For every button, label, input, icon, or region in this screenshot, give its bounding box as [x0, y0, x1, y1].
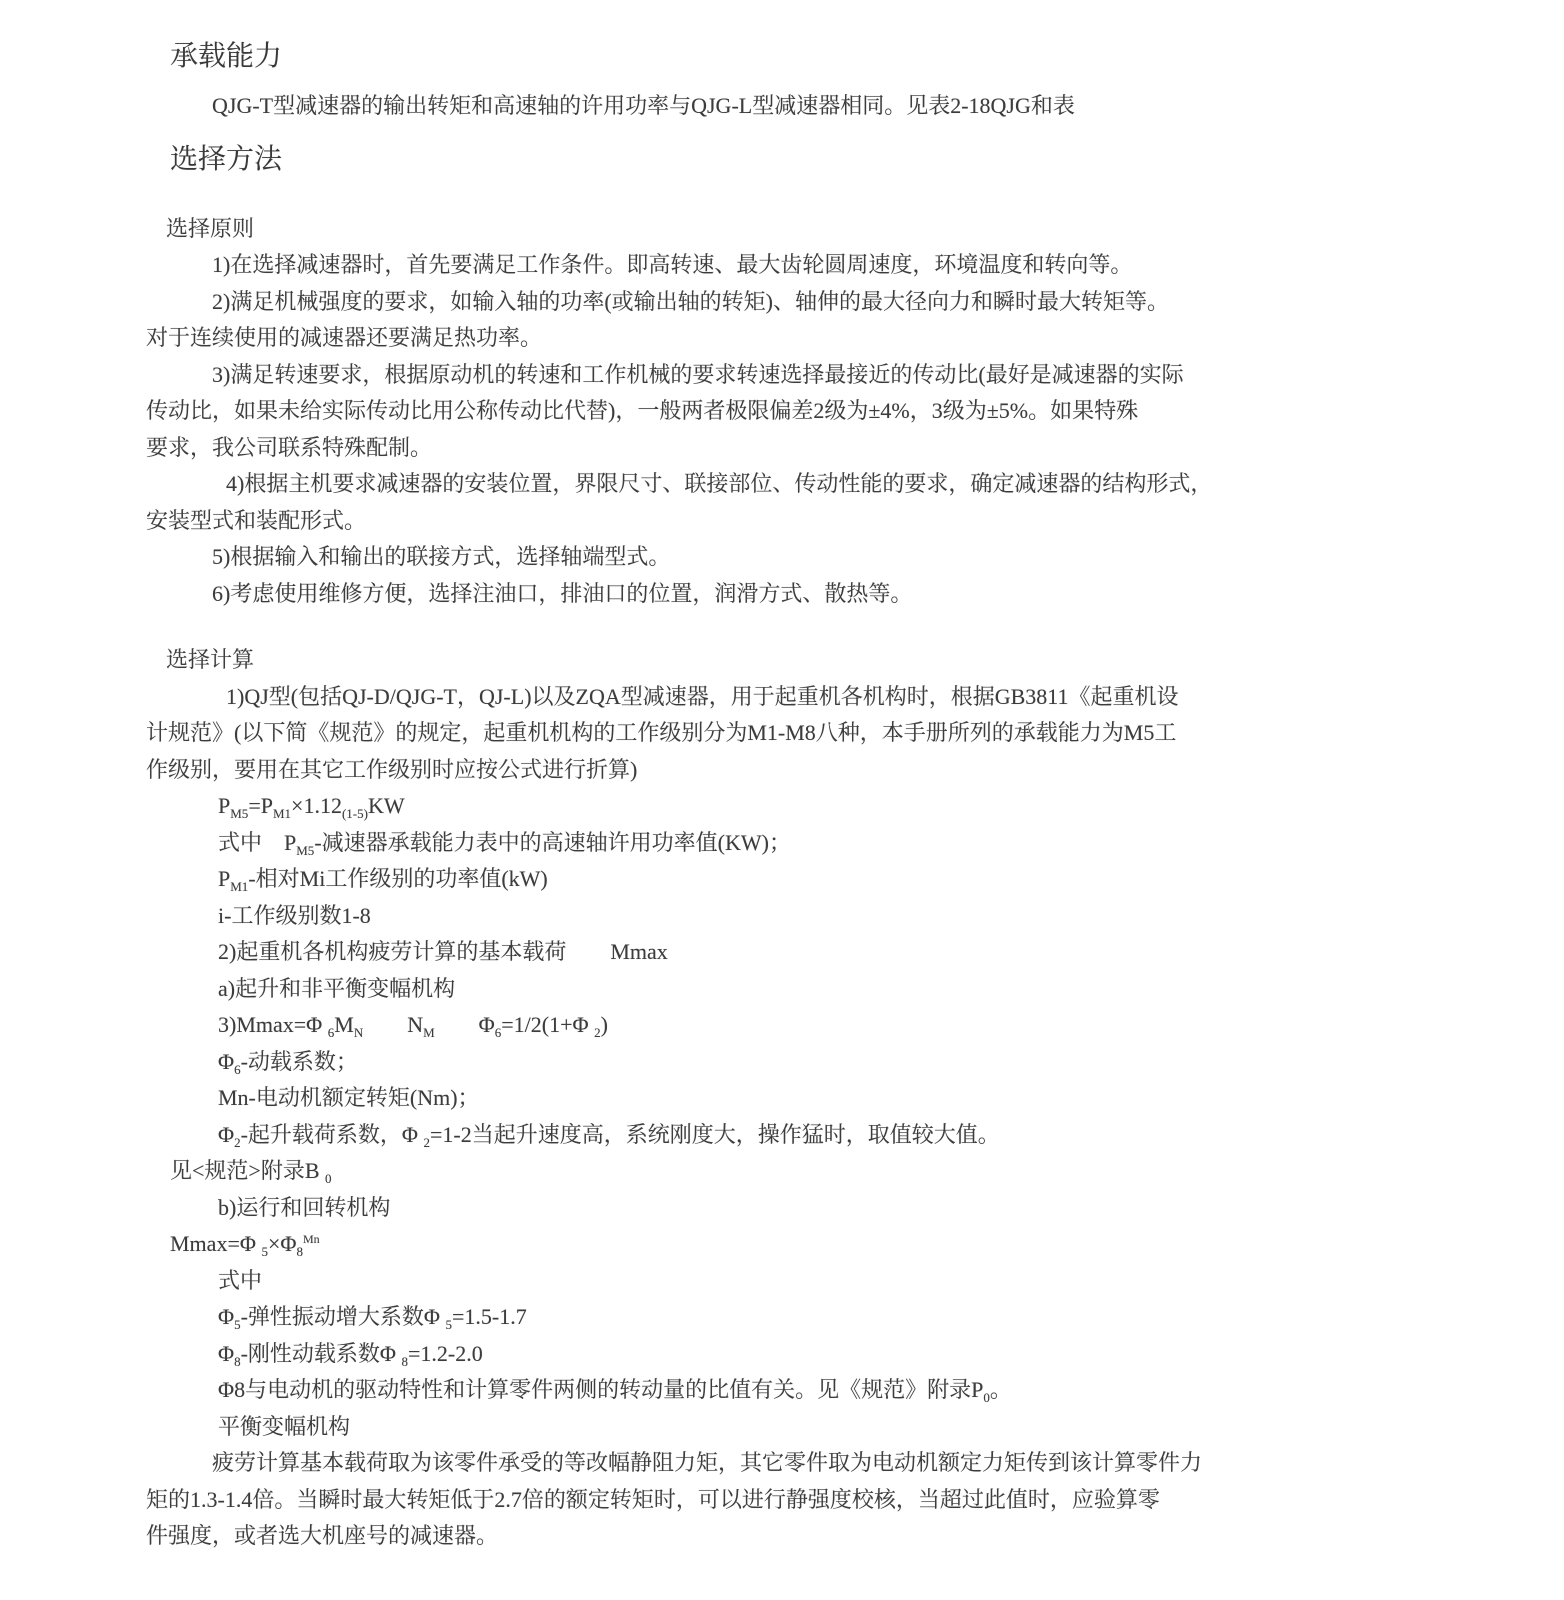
text-line: 5)根据输入和输出的联接方式，选择轴端型式。 [212, 539, 1436, 576]
text-line: 3)Mmax=Φ 6MN NM Φ6=1/2(1+Φ 2) [218, 1007, 1436, 1044]
text-line: 安装型式和装配形式。 [146, 503, 1436, 540]
text-line: Φ5-弹性振动增大系数Φ 5=1.5-1.7 [218, 1299, 1436, 1336]
sub-heading: 选择计算 [166, 642, 1436, 679]
text-line: Mmax=Φ 5×Φ8Mn [170, 1226, 1436, 1263]
text-line: i-工作级别数1-8 [218, 898, 1436, 935]
text-line: 2)起重机各机构疲劳计算的基本载荷 Mmax [218, 934, 1436, 971]
text-line: b)运行和回转机构 [218, 1190, 1436, 1227]
text-line: 计规范》(以下简《规范》的规定，起重机机构的工作级别分为M1-M8八种，本手册所… [146, 715, 1436, 752]
text-line: 作级别，要用在其它工作级别时应按公式进行折算) [146, 752, 1436, 789]
text-line: 3)满足转速要求，根据原动机的转速和工作机械的要求转速选择最接近的传动比(最好是… [212, 357, 1436, 394]
text-line: 要求，我公司联系特殊配制。 [146, 430, 1436, 467]
text-line: Φ8与电动机的驱动特性和计算零件两侧的转动量的比值有关。见《规范》附录P0。 [218, 1372, 1436, 1409]
document-body: 承载能力QJG-T型减速器的输出转矩和高速轴的许用功率与QJG-L型减速器相同。… [142, 36, 1436, 1555]
sub-heading: 选择原则 [166, 211, 1436, 248]
text-line: PM1-相对Mi工作级别的功率值(kW) [218, 861, 1436, 898]
text-line: 传动比，如果未给实际传动比用公称传动比代替)，一般两者极限偏差2级为±4%，3级… [146, 393, 1436, 430]
text-line: 疲劳计算基本载荷取为该零件承受的等改幅静阻力矩，其它零件取为电动机额定力矩传到该… [212, 1445, 1436, 1482]
text-line: Φ6-动载系数； [218, 1044, 1436, 1081]
text-line: 1)QJ型(包括QJ-D/QJG-T，QJ-L)以及ZQA型减速器，用于起重机各… [226, 679, 1436, 716]
text-line: 对于连续使用的减速器还要满足热功率。 [146, 320, 1436, 357]
text-line: 式中 PM5-减速器承载能力表中的高速轴许用功率值(KW)； [218, 825, 1436, 862]
text-line: Mn-电动机额定转矩(Nm)； [218, 1080, 1436, 1117]
text-line: a)起升和非平衡变幅机构 [218, 971, 1436, 1008]
text-line: 见<规范>附录B 0 [170, 1153, 1436, 1190]
document-page: 承载能力QJG-T型减速器的输出转矩和高速轴的许用功率与QJG-L型减速器相同。… [0, 0, 1564, 1600]
text-line: 4)根据主机要求减速器的安装位置，界限尺寸、联接部位、传动性能的要求，确定减速器… [226, 466, 1436, 503]
section-heading: 承载能力 [170, 36, 1436, 78]
text-line: 式中 [218, 1263, 1436, 1300]
text-line: 矩的1.3-1.4倍。当瞬时最大转矩低于2.7倍的额定转矩时，可以进行静强度校核… [146, 1482, 1436, 1519]
text-line: 平衡变幅机构 [218, 1409, 1436, 1446]
text-line: 6)考虑使用维修方便，选择注油口，排油口的位置，润滑方式、散热等。 [212, 576, 1436, 613]
text-line: 2)满足机械强度的要求，如输入轴的功率(或输出轴的转矩)、轴伸的最大径向力和瞬时… [212, 284, 1436, 321]
section-heading: 选择方法 [170, 139, 1436, 181]
text-line: Φ8-刚性动载系数Φ 8=1.2-2.0 [218, 1336, 1436, 1373]
text-line: PM5=PM1×1.12(1-5)KW [218, 788, 1436, 825]
text-line: 1)在选择减速器时，首先要满足工作条件。即高转速、最大齿轮圆周速度，环境温度和转… [212, 247, 1436, 284]
text-line: QJG-T型减速器的输出转矩和高速轴的许用功率与QJG-L型减速器相同。见表2-… [212, 88, 1436, 125]
text-line: 件强度，或者选大机座号的减速器。 [146, 1518, 1436, 1555]
page: { "page": { "background": "#ffffff", "te… [0, 0, 1564, 1600]
text-line: Φ2-起升载荷系数，Φ 2=1-2当起升速度高，系统刚度大，操作猛时，取值较大值… [218, 1117, 1436, 1154]
